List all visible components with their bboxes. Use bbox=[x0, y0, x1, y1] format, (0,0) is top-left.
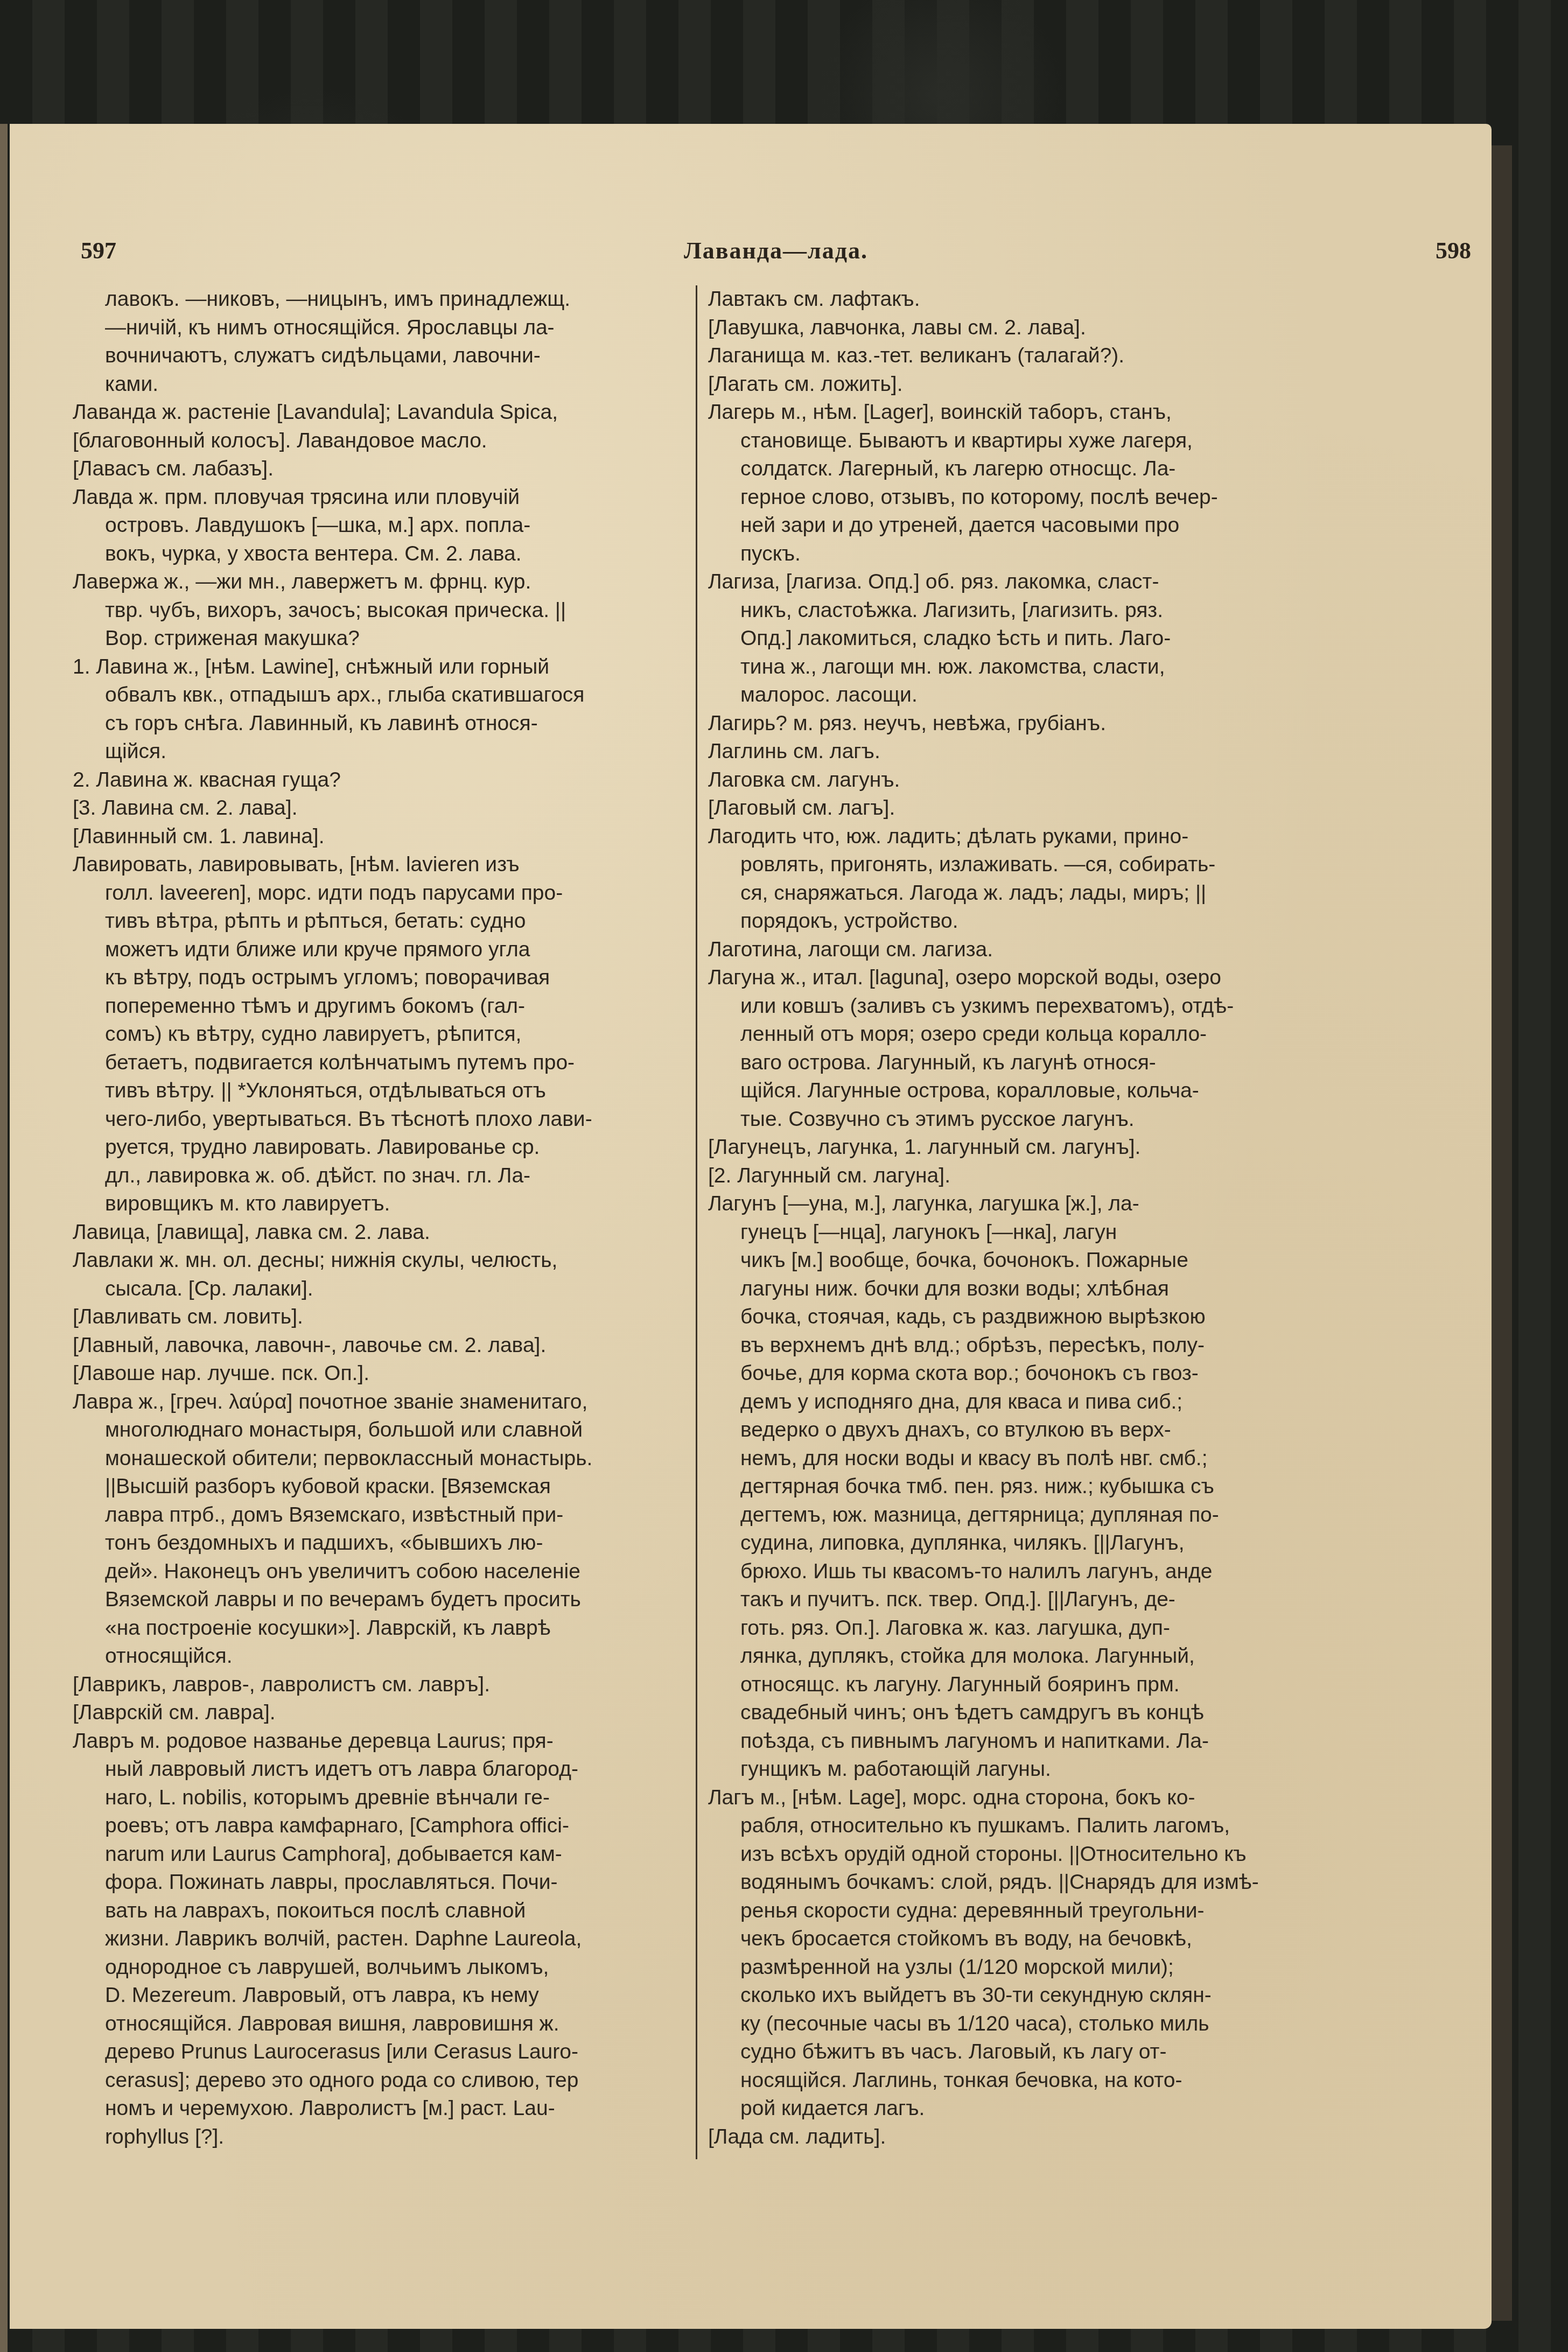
dictionary-line: лагуны ниж. бочки для возки воды; хлѣбна… bbox=[708, 1275, 1354, 1304]
left-column: лавокъ. —никовъ, —ницынъ, имъ принадлежщ… bbox=[73, 285, 719, 2151]
dictionary-line: роевъ; отъ лавра камфарнаго, [Camphora o… bbox=[73, 1812, 719, 1840]
dictionary-line: судина, липовка, дуплянка, чилякъ. [||Ла… bbox=[708, 1529, 1354, 1558]
dictionary-line: Лаговка см. лагунъ. bbox=[708, 766, 1354, 795]
dictionary-line: становище. Бываютъ и квартиры хуже лагер… bbox=[708, 427, 1354, 456]
dictionary-line: порядокъ, устройство. bbox=[708, 907, 1354, 936]
dictionary-line: можетъ идти ближе или круче прямого угла bbox=[73, 936, 719, 964]
dictionary-line: Лавержа ж., —жи мн., лавержетъ м. фрнц. … bbox=[73, 568, 719, 597]
dictionary-line: cerasus]; дерево это одного рода со слив… bbox=[73, 2067, 719, 2095]
dictionary-line: къ вѣтру, подъ острымъ угломъ; поворачив… bbox=[73, 964, 719, 992]
dictionary-line: Лагунъ [—уна, м.], лагунка, лагушка [ж.]… bbox=[708, 1190, 1354, 1219]
dictionary-line: дегтярная бочка тмб. пен. ряз. ниж.; куб… bbox=[708, 1473, 1354, 1501]
dictionary-line: сомъ) къ вѣтру, судно лавируетъ, рѣпится… bbox=[73, 1020, 719, 1049]
dictionary-line: герное слово, отзывъ, по которому, послѣ… bbox=[708, 484, 1354, 512]
dictionary-line: рой кидается лагъ. bbox=[708, 2095, 1354, 2123]
dictionary-line: сколько ихъ выйдетъ въ 30-ти секундную с… bbox=[708, 1982, 1354, 2010]
dictionary-line: чикъ [м.] вообще, бочка, бочонокъ. Пожар… bbox=[708, 1247, 1354, 1275]
dictionary-line: «на построеніе косушки»]. Лаврскій, къ л… bbox=[73, 1614, 719, 1643]
dictionary-line: лавокъ. —никовъ, —ницынъ, имъ принадлежщ… bbox=[73, 285, 719, 314]
dictionary-line: относящійся. bbox=[73, 1642, 719, 1671]
dictionary-line: дл., лавировка ж. об. дѣйст. по знач. гл… bbox=[73, 1162, 719, 1191]
dictionary-line: [3. Лавина см. 2. лава]. bbox=[73, 794, 719, 823]
dictionary-line: Лавра ж., [греч. λαύρα] почотное званіе … bbox=[73, 1388, 719, 1417]
dictionary-line: жизни. Лаврикъ волчій, растен. Daphne La… bbox=[73, 1925, 719, 1954]
dictionary-line: Лаготина, лагощи см. лагиза. bbox=[708, 936, 1354, 964]
dictionary-line: изъ всѣхъ орудій одной стороны. ||Относи… bbox=[708, 1840, 1354, 1869]
dictionary-line: 2. Лавина ж. квасная гуща? bbox=[73, 766, 719, 795]
dictionary-line: судно бѣжитъ въ часъ. Лаговый, къ лагу о… bbox=[708, 2038, 1354, 2067]
dictionary-line: вочничаютъ, служатъ сидѣльцами, лавочни- bbox=[73, 342, 719, 370]
dictionary-line: ку (песочные часы въ 1/120 часа), стольк… bbox=[708, 2010, 1354, 2039]
dictionary-line: вировщикъ м. кто лавируетъ. bbox=[73, 1190, 719, 1219]
dictionary-line: Лагерь м., нѣм. [Lager], воинскій таборъ… bbox=[708, 398, 1354, 427]
dictionary-line: Лаглинь см. лагъ. bbox=[708, 738, 1354, 766]
dictionary-line: готь. ряз. Оп.]. Лаговка ж. каз. лагушка… bbox=[708, 1614, 1354, 1643]
dictionary-line: солдатск. Лагерный, къ лагерю относщс. Л… bbox=[708, 455, 1354, 484]
dictionary-line: Лагуна ж., итал. [laguna], озеро морской… bbox=[708, 964, 1354, 992]
dictionary-line: Лавтакъ см. лафтакъ. bbox=[708, 285, 1354, 314]
dictionary-line: тые. Созвучно съ этимъ русское лагунъ. bbox=[708, 1105, 1354, 1134]
page-left-edge bbox=[0, 124, 8, 2352]
right-page-number: 598 bbox=[1436, 237, 1471, 264]
dictionary-line: свадебный чинъ; онъ ѣдетъ самдругъ въ ко… bbox=[708, 1699, 1354, 1727]
dictionary-line: Лавица, [лавища], лавка см. 2. лава. bbox=[73, 1219, 719, 1247]
dictionary-line: ся, снаряжаться. Лагода ж. ладъ; лады, м… bbox=[708, 879, 1354, 908]
dictionary-line: [Лавный, лавочка, лавочн-, лавочье см. 2… bbox=[73, 1332, 719, 1360]
dictionary-line: narum или Laurus Camphora], добывается к… bbox=[73, 1840, 719, 1869]
dictionary-line: лянка, дуплякъ, стойка для молока. Лагун… bbox=[708, 1642, 1354, 1671]
dictionary-line: ренья скорости судна: деревянный треугол… bbox=[708, 1897, 1354, 1926]
right-column: Лавтакъ см. лафтакъ.[Лавушка, лавчонка, … bbox=[708, 285, 1354, 2151]
dictionary-line: или ковшъ (заливъ съ узкимъ перехватомъ)… bbox=[708, 992, 1354, 1021]
dictionary-line: однородное съ лаврушей, волчьимъ лыкомъ, bbox=[73, 1954, 719, 1982]
dictionary-line: демъ у исподняго дна, для кваса и пива с… bbox=[708, 1388, 1354, 1417]
dictionary-line: ный лавровый листъ идетъ отъ лавра благо… bbox=[73, 1755, 719, 1784]
dictionary-line: Вяземской лавры и по вечерамъ будетъ про… bbox=[73, 1586, 719, 1614]
dictionary-line: относящс. къ лагуну. Лагунный бояринъ пр… bbox=[708, 1671, 1354, 1699]
dictionary-line: [Лавушка, лавчонка, лавы см. 2. лава]. bbox=[708, 314, 1354, 342]
dictionary-line: [Лада см. ладить]. bbox=[708, 2123, 1354, 2152]
dictionary-line: относящійся. Лавровая вишня, лавровишня … bbox=[73, 2010, 719, 2039]
running-head: 597 Лаванда—лада. 598 bbox=[81, 237, 1471, 269]
dictionary-line: фора. Пожинать лавры, прославляться. Поч… bbox=[73, 1868, 719, 1897]
dictionary-line: поѣзда, съ пивнымъ лагуномъ и напитками.… bbox=[708, 1727, 1354, 1756]
page-title: Лаванда—лада. bbox=[81, 237, 1471, 264]
dictionary-line: ||Высшій разборъ кубовой краски. [Вяземс… bbox=[73, 1473, 719, 1501]
dictionary-line: пускъ. bbox=[708, 540, 1354, 569]
dictionary-line: брюхо. Ишь ты квасомъ-то налилъ лагунъ, … bbox=[708, 1558, 1354, 1586]
dictionary-line: многолюднаго монастыря, большой или слав… bbox=[73, 1416, 719, 1445]
dictionary-line: ровлять, пригонять, излаживать. —ся, соб… bbox=[708, 851, 1354, 879]
dictionary-line: въ верхнемъ днѣ влд.; обрѣзъ, пересѣкъ, … bbox=[708, 1332, 1354, 1360]
dictionary-line: ками. bbox=[73, 370, 719, 399]
dictionary-line: ленный отъ моря; озеро среди кольца кора… bbox=[708, 1020, 1354, 1049]
dictionary-line: съ горъ снѣга. Лавинный, къ лавинѣ относ… bbox=[73, 710, 719, 738]
dictionary-line: 1. Лавина ж., [нѣм. Lawine], снѣжный или… bbox=[73, 653, 719, 682]
dictionary-line: [Лаврскій см. лавра]. bbox=[73, 1699, 719, 1727]
dictionary-line: обвалъ квк., отпадышъ арх., глыба скатив… bbox=[73, 681, 719, 710]
dictionary-line: Лавлаки ж. мн. ол. десны; нижнія скулы, … bbox=[73, 1247, 719, 1275]
dictionary-line: D. Mezereum. Лавровый, отъ лавра, къ нем… bbox=[73, 1982, 719, 2010]
dictionary-line: ваго острова. Лагунный, къ лагунѣ относя… bbox=[708, 1049, 1354, 1077]
dictionary-line: дегтемъ, юж. мазница, дегтярница; дуплян… bbox=[708, 1501, 1354, 1530]
column-divider bbox=[696, 285, 697, 2159]
dictionary-line: сысала. [Ср. лалаки]. bbox=[73, 1275, 719, 1304]
dictionary-line: гунщикъ м. работающій лагуны. bbox=[708, 1755, 1354, 1784]
dictionary-line: номъ и черемухою. Лавролистъ [м.] раст. … bbox=[73, 2095, 719, 2123]
dictionary-line: гунецъ [—нца], лагунокъ [—нка], лагун bbox=[708, 1219, 1354, 1247]
dictionary-line: чекъ бросается стойкомъ въ воду, на бечо… bbox=[708, 1925, 1354, 1954]
dictionary-line: бочка, стоячая, кадь, съ раздвижною вырѣ… bbox=[708, 1303, 1354, 1332]
dictionary-line: Лагодить что, юж. ладить; дѣлать руками,… bbox=[708, 823, 1354, 851]
dictionary-line: [Лавинный см. 1. лавина]. bbox=[73, 823, 719, 851]
dictionary-line: [Лавливать см. ловить]. bbox=[73, 1303, 719, 1332]
dictionary-line: рабля, относительно къ пушкамъ. Палить л… bbox=[708, 1812, 1354, 1840]
dictionary-line: [Лагать см. ложить]. bbox=[708, 370, 1354, 399]
dictionary-line: монашеской обители; первоклассный монаст… bbox=[73, 1445, 719, 1473]
dictionary-line: попеременно тѣмъ и другимъ бокомъ (гал- bbox=[73, 992, 719, 1021]
dictionary-line: [Лавасъ см. лабазъ]. bbox=[73, 455, 719, 484]
dictionary-line: тина ж., лагощи мн. юж. лакомства, сласт… bbox=[708, 653, 1354, 682]
dictionary-line: руется, трудно лавировать. Лавированье с… bbox=[73, 1133, 719, 1162]
dictionary-line: никъ, сластоѣжка. Лагизить, [лагизить. р… bbox=[708, 597, 1354, 625]
page-right-edge bbox=[1492, 145, 1512, 2321]
dictionary-line: немъ, для носки воды и квасу въ полѣ нвг… bbox=[708, 1445, 1354, 1473]
dictionary-line: ведерко о двухъ днахъ, со втулкою въ вер… bbox=[708, 1416, 1354, 1445]
dictionary-line: Лавда ж. прм. пловучая трясина или плову… bbox=[73, 484, 719, 512]
dictionary-line: наго, L. nobilis, которымъ древніе вѣнча… bbox=[73, 1784, 719, 1812]
dictionary-line: щійся. Лагунные острова, коралловые, кол… bbox=[708, 1077, 1354, 1105]
dictionary-line: водянымъ бочкамъ: слой, рядъ. ||Снарядъ … bbox=[708, 1868, 1354, 1897]
dictionary-line: лавра птрб., домъ Вяземскаго, извѣстный … bbox=[73, 1501, 719, 1530]
dictionary-line: Лавръ м. родовое названье деревца Laurus… bbox=[73, 1727, 719, 1756]
dictionary-line: [2. Лагунный см. лагуна]. bbox=[708, 1162, 1354, 1191]
dictionary-line: такъ и пучитъ. пск. твер. Опд.]. [||Лагу… bbox=[708, 1586, 1354, 1614]
dictionary-line: тонъ бездомныхъ и падшихъ, «бывшихъ лю- bbox=[73, 1529, 719, 1558]
dictionary-line: Лагъ м., [нѣм. Lage], морс. одна сторона… bbox=[708, 1784, 1354, 1812]
dictionary-line: rophyllus [?]. bbox=[73, 2123, 719, 2152]
dictionary-line: вать на лаврахъ, покоиться послѣ славной bbox=[73, 1897, 719, 1926]
dictionary-line: [Лаговый см. лагъ]. bbox=[708, 794, 1354, 823]
dictionary-line: дей». Наконецъ онъ увеличитъ собою насел… bbox=[73, 1558, 719, 1586]
dictionary-line: тивъ вѣтра, рѣпть и рѣпться, бетать: суд… bbox=[73, 907, 719, 936]
dictionary-line: вокъ, чурка, у хвоста вентера. См. 2. ла… bbox=[73, 540, 719, 569]
dictionary-line: чего-либо, увертываться. Въ тѣснотѣ плох… bbox=[73, 1105, 719, 1134]
dictionary-line: твр. чубъ, вихоръ, зачосъ; высокая приче… bbox=[73, 597, 719, 625]
dictionary-line: ней зари и до утреней, дается часовыми п… bbox=[708, 512, 1354, 540]
dictionary-line: дерево Prunus Laurocerasus [или Cerasus … bbox=[73, 2038, 719, 2067]
dictionary-line: носящійся. Лаглинь, тонкая бечовка, на к… bbox=[708, 2067, 1354, 2095]
dictionary-line: [благовонный колосъ]. Лавандовое масло. bbox=[73, 427, 719, 456]
dictionary-line: [Лаврикъ, лавров-, лавролистъ см. лавръ]… bbox=[73, 1671, 719, 1699]
dictionary-line: Лагиза, [лагиза. Опд.] об. ряз. лакомка,… bbox=[708, 568, 1354, 597]
dictionary-line: Лаванда ж. растеніе [Lavandula]; Lavandu… bbox=[73, 398, 719, 427]
dictionary-line: Лаганища м. каз.-тет. великанъ (талагай?… bbox=[708, 342, 1354, 370]
dictionary-line: Опд.] лакомиться, сладко ѣсть и пить. Ла… bbox=[708, 625, 1354, 653]
dictionary-line: [Лавоше нар. лучше. пск. Оп.]. bbox=[73, 1360, 719, 1388]
dictionary-line: [Лагунецъ, лагунка, 1. лагунный см. лагу… bbox=[708, 1133, 1354, 1162]
dictionary-line: Лагирь? м. ряз. неучъ, невѣжа, грубіанъ. bbox=[708, 710, 1354, 738]
dictionary-line: бочье, для корма скота вор.; бочонокъ съ… bbox=[708, 1360, 1354, 1388]
dictionary-line: щійся. bbox=[73, 738, 719, 766]
dictionary-line: —ничій, къ нимъ относящійся. Ярославцы л… bbox=[73, 314, 719, 342]
dictionary-line: малорос. ласощи. bbox=[708, 681, 1354, 710]
dictionary-line: тивъ вѣтру. || *Уклоняться, отдѣлываться… bbox=[73, 1077, 719, 1105]
dictionary-line: Вор. стриженая макушка? bbox=[73, 625, 719, 653]
dictionary-line: размѣренной на узлы (1/120 морской мили)… bbox=[708, 1954, 1354, 1982]
dictionary-line: Лавировать, лавировывать, [нѣм. lavieren… bbox=[73, 851, 719, 879]
dictionary-line: островъ. Лавдушокъ [—шка, м.] арх. попла… bbox=[73, 512, 719, 540]
dictionary-line: бетаетъ, подвигается колѣнчатымъ путемъ … bbox=[73, 1049, 719, 1077]
dictionary-line: голл. laveeren], морс. идти подъ парусам… bbox=[73, 879, 719, 908]
